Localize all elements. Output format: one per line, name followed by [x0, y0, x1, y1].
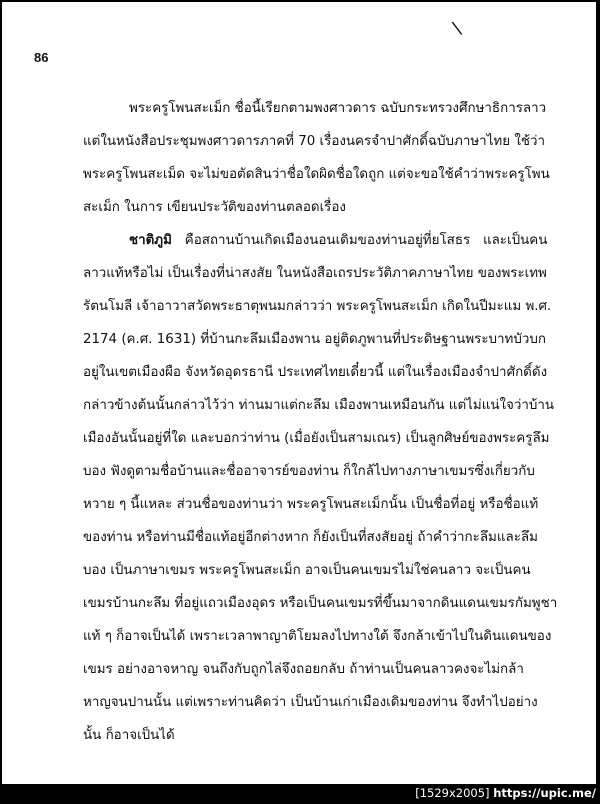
- text-line: ลาวแท้หรือไม่ เป็นเรื่องที่น่าสงสัย ในหน…: [83, 257, 596, 290]
- section-lead-term: ชาติภูมิ: [129, 233, 172, 248]
- text-line: แท้ ๆ ก็อาจเป็นได้ เพราะเวลาพาญาติโยมลงไ…: [83, 620, 596, 653]
- text-line: ของท่าน หรือท่านมีชื่อแท้อยู่อีกต่างหาก …: [83, 521, 596, 554]
- text-line: เมืองอันนั้นอยู่ที่ใด และบอกว่าท่าน (เมื…: [83, 422, 596, 455]
- image-host-footer: [1529x2005] https://upic.me/: [0, 785, 600, 804]
- host-url: https://upic.me/: [493, 786, 596, 800]
- text-line: บอง ฟังดูตามชื่อบ้านและชื่ออาจารย์ของท่า…: [83, 455, 596, 488]
- watermark: [1529x2005] https://upic.me/: [415, 786, 596, 800]
- text-line: 2174 (ค.ศ. 1631) ที่บ้านกะลึมเมืองพาน อย…: [83, 323, 596, 356]
- text-line: หาญจนปานนั้น แต่เพราะท่านคิดว่า เป็นบ้าน…: [83, 686, 596, 719]
- text-line: เขมรบ้านกะลึม ที่อยู่แถวเมืองอุดร หรือเป…: [83, 587, 596, 620]
- paragraph-2: ชาติภูมิ คือสถานบ้านเกิดเมืองนอนเดิมของท…: [83, 224, 596, 752]
- text-line: อยู่ในเขตเมืองผือ จังหวัดอุดรธานี ประเทศ…: [83, 356, 596, 389]
- text-line: กล่าวข้างต้นนั้นกล่าวไว้ว่า ท่านมาแต่กะล…: [83, 389, 596, 422]
- stray-pen-mark: \: [451, 18, 464, 40]
- text-line: พระครูโพนสะเม็ก ชื่อนี้เรียกตามพงศาวดาร …: [83, 92, 596, 125]
- body-text: พระครูโพนสะเม็ก ชื่อนี้เรียกตามพงศาวดาร …: [83, 92, 596, 752]
- text-line: นั้น ก็อาจเป็นได้: [83, 719, 596, 752]
- text-line: หวาย ๆ นี้แหละ ส่วนชื่อของท่านว่า พระครู…: [83, 488, 596, 521]
- text-line: แต่ในหนังสือประชุมพงศาวดารภาคที่ 70 เรื่…: [83, 125, 596, 158]
- text-line: รัตนโมลี เจ้าอาวาสวัดพระธาตุพนมกล่าวว่า …: [83, 290, 596, 323]
- text-line: เขมร อย่างอาจหาญ จนถึงกับถูกไล่จึงถอยกลั…: [83, 653, 596, 686]
- image-dimensions: [1529x2005]: [415, 786, 489, 800]
- paragraph-1: พระครูโพนสะเม็ก ชื่อนี้เรียกตามพงศาวดาร …: [83, 92, 596, 224]
- text-line: บอง เป็นภาษาเขมร พระครูโพนสะเม็ก อาจเป็น…: [83, 554, 596, 587]
- text-line: ชาติภูมิ คือสถานบ้านเกิดเมืองนอนเดิมของท…: [83, 224, 596, 257]
- text-line: สะเม็ก ในการ เขียนประวัติของท่านตลอดเรื่…: [83, 191, 596, 224]
- page-number: 86: [34, 50, 48, 65]
- text-line: พระครูโพนสะเม็ด จะไม่ขอตัดสินว่าชื่อใดผิ…: [83, 158, 596, 191]
- scanned-page: \ 86 พระครูโพนสะเม็ก ชื่อนี้เรียกตามพงศา…: [2, 2, 596, 784]
- text-line-rest: คือสถานบ้านเกิดเมืองนอนเดิมของท่านอยู่ที…: [172, 233, 547, 248]
